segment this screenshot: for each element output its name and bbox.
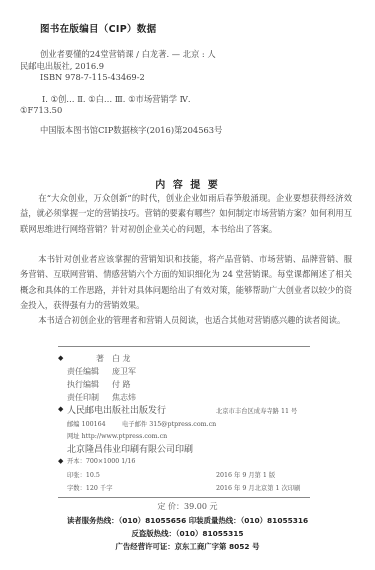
ad-license: 广告经营许可证：京东工商广字第 8052 号 xyxy=(0,541,375,552)
cip-title: 图书在版编目（CIP）数据 xyxy=(40,21,156,35)
summary-paragraph-1: 在“大众创业，万众创新”的时代，创业企业如雨后春笋般涌现。企业要想获得经济效益，… xyxy=(20,191,352,237)
cip-line-1: 创业者要懂的24堂营销课 / 白龙著. — 北京 : 人 xyxy=(40,48,216,60)
diamond-bullet-icon: ◆ xyxy=(58,354,63,362)
printing-supervisor-name: 焦志炜 xyxy=(112,392,136,403)
exec-editor-name: 付 路 xyxy=(112,379,131,390)
cip-record-number: 中国版本图书馆CIP数据核字(2016)第204563号 xyxy=(40,124,222,136)
exec-editor-role: 执行编辑 xyxy=(67,379,99,390)
classification-line-2: ①F713.50 xyxy=(20,105,62,115)
author-role: 著 xyxy=(96,353,104,364)
diamond-bullet-icon: ◆ xyxy=(58,405,63,413)
book-format: 开本：700×1000 1/16 xyxy=(67,456,135,465)
isbn: ISBN 978-7-115-43469-2 xyxy=(40,72,145,82)
summary-title: 内 容 提 要 xyxy=(0,176,375,191)
email: 电子邮件 315@ptpress.com.cn xyxy=(122,419,216,428)
classification-line-1: Ⅰ. ①创… Ⅱ. ①白… Ⅲ. ①市场营销学 Ⅳ. xyxy=(42,93,191,105)
word-count: 字数：120 千字 xyxy=(67,483,113,492)
printing-run: 2016 年 9 月北京第 1 次印刷 xyxy=(216,483,300,492)
diamond-bullet-icon: ◆ xyxy=(58,457,63,465)
service-hotlines: 读者服务热线：（010）81055656 印装质量热线：（010）8105531… xyxy=(0,515,375,526)
website: 网址 http://www.ptpress.com.cn xyxy=(67,431,167,440)
edition: 2016 年 9 月第 1 版 xyxy=(216,470,275,479)
editor-role: 责任编辑 xyxy=(67,366,99,377)
printing-supervisor-role: 责任印制 xyxy=(67,392,99,403)
publisher-address: 北京市丰台区成寿寺路 11 号 xyxy=(216,406,297,415)
author-name: 白 龙 xyxy=(112,353,131,364)
printer: 北京隆昌伟业印刷有限公司印刷 xyxy=(67,442,193,455)
printed-sheets: 印张：10.5 xyxy=(67,470,100,479)
publisher-name: 人民邮电出版社出版发行 xyxy=(67,403,166,416)
editor-name: 庞卫军 xyxy=(112,366,136,377)
anti-piracy-hotline: 反盗版热线：（010）81055315 xyxy=(0,528,375,539)
divider-bottom xyxy=(58,497,310,498)
summary-paragraph-2: 本书针对创业者应该掌握的营销知识和技能，将产品营销、市场营销、品牌营销、服务营销… xyxy=(20,252,352,313)
divider-top xyxy=(58,346,310,347)
summary-paragraph-3: 本书适合初创企业的管理者和营销人员阅读，也适合其他对营销感兴趣的读者阅读。 xyxy=(20,313,352,328)
postcode: 邮编 100164 xyxy=(67,419,106,428)
price: 定 价：39.00 元 xyxy=(0,501,375,512)
cip-line-2: 民邮电出版社, 2016.9 xyxy=(20,60,104,72)
